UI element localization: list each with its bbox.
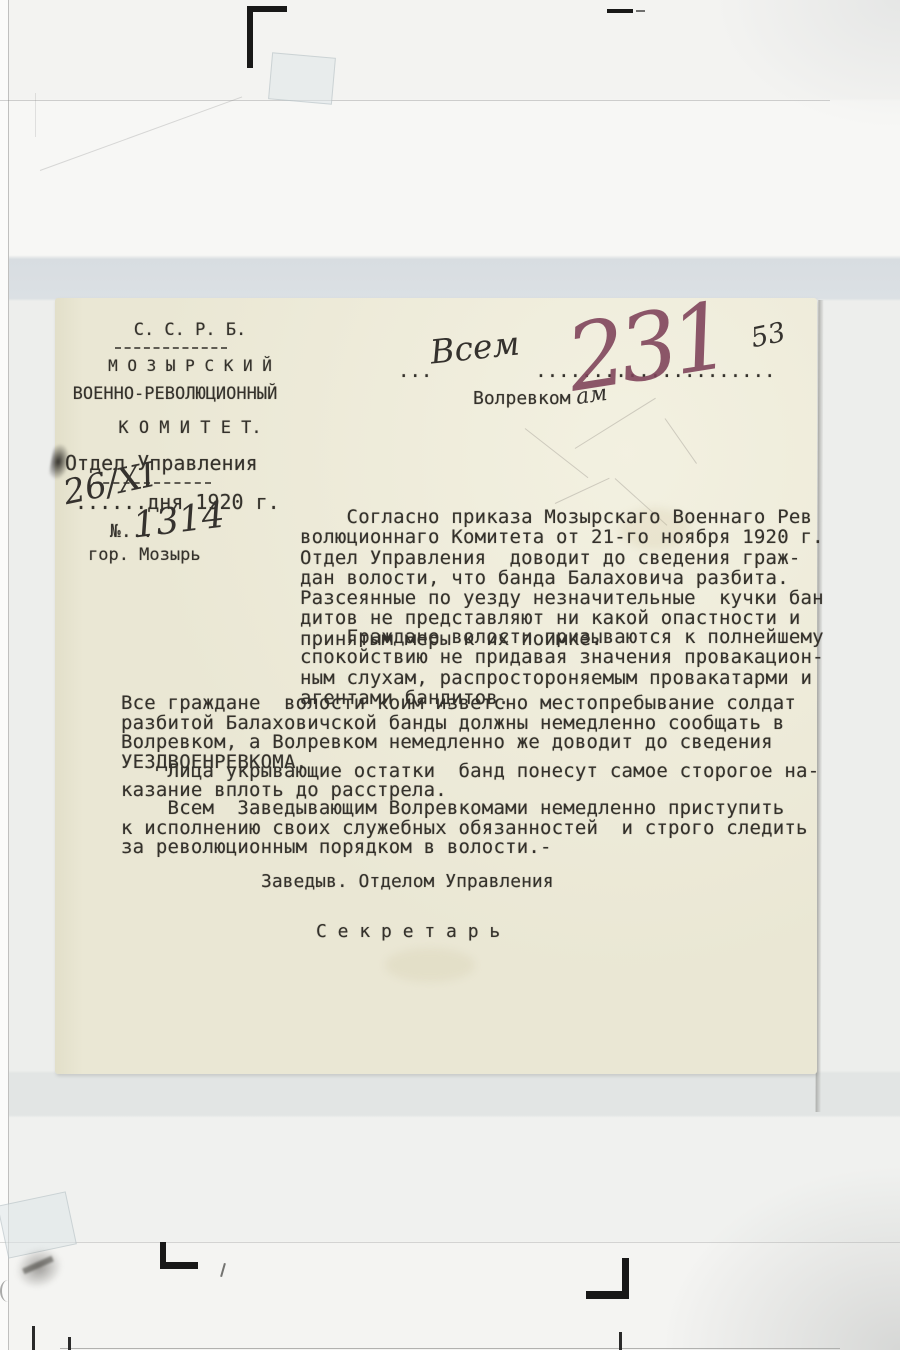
pen-arc-mark bbox=[0, 1280, 16, 1302]
pencil-scratch-4 bbox=[555, 478, 610, 504]
crop-mark-top-vertical bbox=[247, 6, 253, 68]
handwritten-registry-number: 231 bbox=[560, 282, 732, 412]
bottom-tick-2 bbox=[68, 1337, 71, 1350]
letterhead-org-name-1: М О З Ы Р С К И Й bbox=[75, 356, 305, 375]
letterhead-rule-1 bbox=[115, 347, 227, 349]
scan-diagonal-scratch bbox=[40, 96, 242, 170]
letterhead-org-name-2: ВОЕННО-РЕВОЛЮЦИОННЫЙ bbox=[55, 384, 295, 404]
crop-mark-bottom-right-horizontal bbox=[586, 1291, 629, 1299]
bottom-tick-1 bbox=[32, 1326, 35, 1350]
letterhead-org-name-3: К О М И Т Е Т. bbox=[75, 418, 305, 438]
signature-title-line: Заведыв. Отделом Управления bbox=[261, 871, 554, 892]
tape-piece-top bbox=[268, 52, 336, 104]
bottom-tick-3 bbox=[619, 1332, 622, 1350]
handwritten-folio-number: 53 bbox=[748, 317, 788, 354]
crop-mark-top-horizontal bbox=[247, 6, 287, 12]
vignette-bottom-right bbox=[640, 1150, 900, 1350]
bottom-pen-tick bbox=[220, 1263, 226, 1277]
vignette-top-right bbox=[700, 0, 900, 140]
pencil-scratch-1 bbox=[525, 428, 589, 478]
crop-mark-top-right-dash bbox=[607, 9, 633, 13]
addressee-typed-line: Волревком bbox=[473, 388, 571, 409]
body-paragraph-4: Лица укрывающие остатки банд понесут сам… bbox=[121, 762, 819, 801]
scan-scratch-line bbox=[35, 93, 36, 137]
letterhead-city: гор. Мозырь bbox=[88, 545, 201, 565]
crop-mark-bottom-left-horizontal bbox=[160, 1262, 198, 1269]
paper-stain-2 bbox=[385, 948, 475, 982]
scanned-document-photo: С. С. Р. Б. М О З Ы Р С К И Й ВОЕННО-РЕВ… bbox=[0, 0, 900, 1350]
scan-left-margin-strip bbox=[0, 0, 9, 1350]
letterhead-org-abbr: С. С. Р. Б. bbox=[90, 320, 290, 340]
body-paragraph-5: Всем Заведывающим Волревкомами немедленн… bbox=[121, 799, 808, 858]
pencil-scratch-5 bbox=[665, 418, 697, 464]
document-paper: С. С. Р. Б. М О З Ы Р С К И Й ВОЕННО-РЕВ… bbox=[55, 298, 817, 1074]
crop-mark-top-right-dash-tail bbox=[636, 10, 645, 12]
signature-secretary-line: С е к р е т а р ь bbox=[316, 921, 500, 942]
